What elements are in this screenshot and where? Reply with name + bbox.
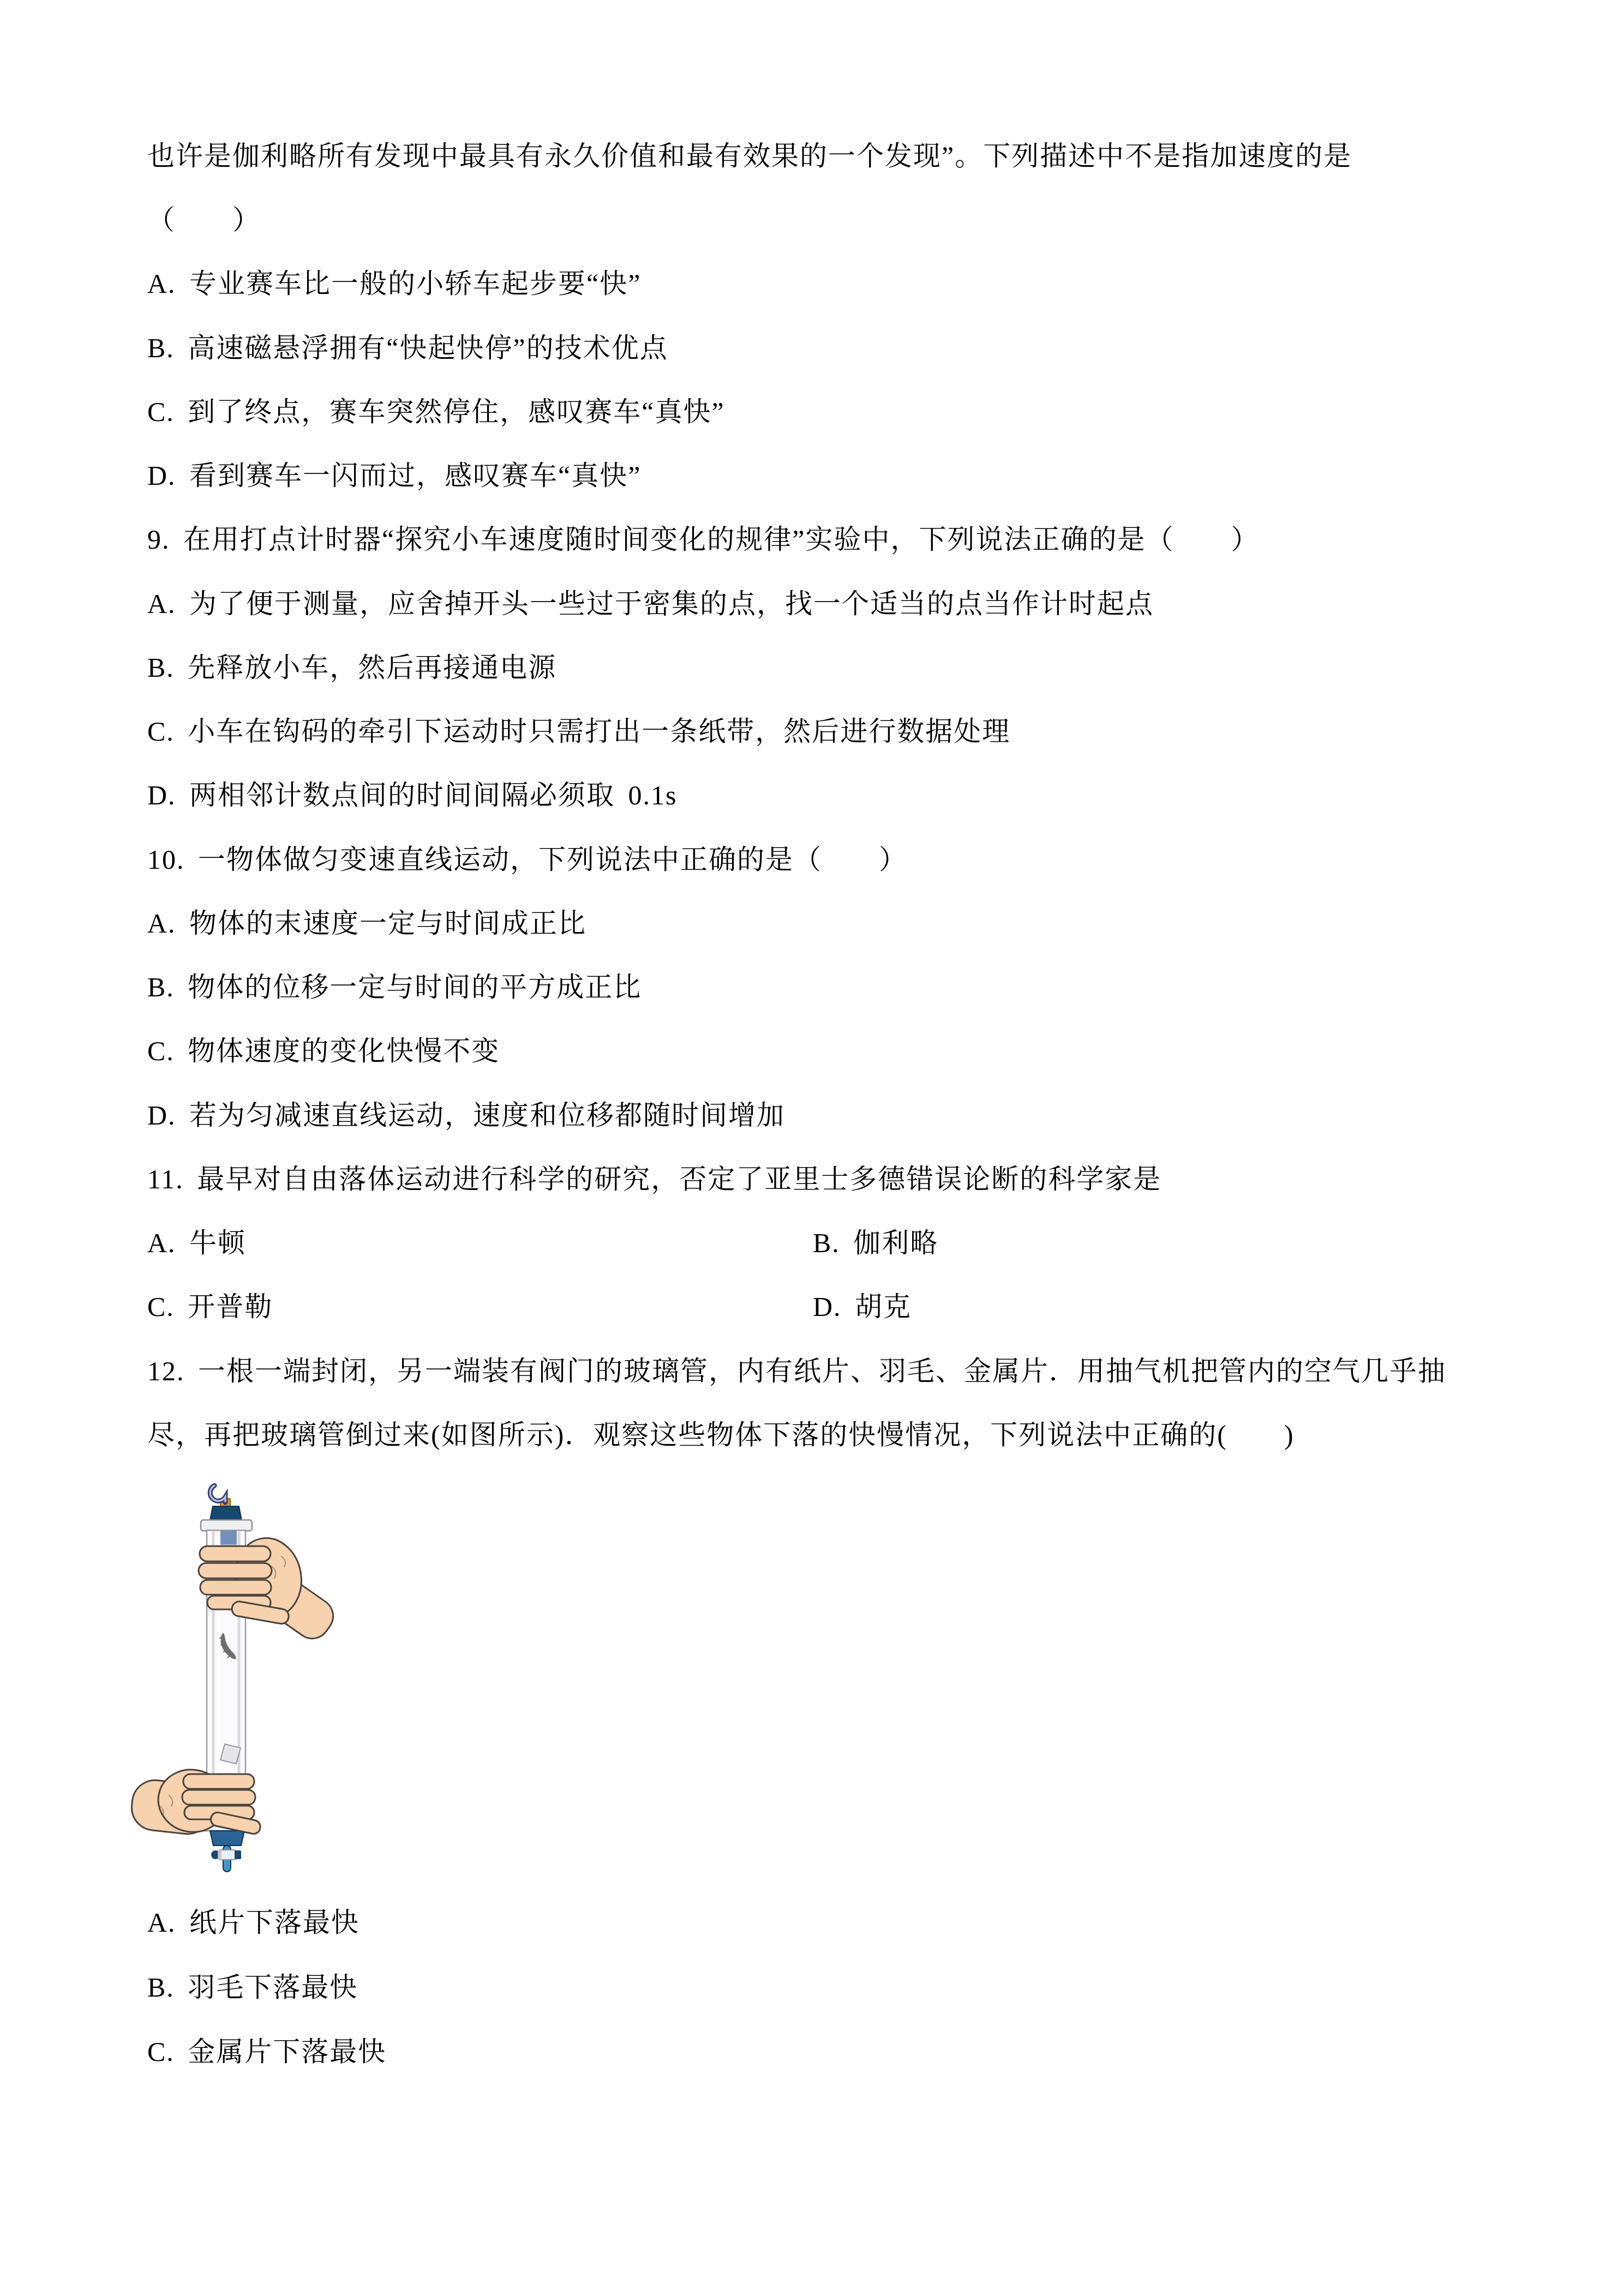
top-stopper: [210, 1506, 242, 1520]
valve: [211, 1846, 241, 1872]
q8-stem-continuation: 也许是伽利略所有发现中最具有永久价值和最有效果的一个发现”。下列描述中不是指加速…: [147, 140, 1352, 172]
q8-option-b: B. 高速磁悬浮拥有“快起快停”的技术优点: [147, 332, 668, 364]
q10-stem: 10. 一物体做匀变速直线运动，下列说法中正确的是（ ）: [147, 844, 907, 875]
q8-answer-blank: （ ）: [147, 204, 261, 236]
q12-option-c: C. 金属片下落最快: [147, 2036, 386, 2067]
top-flange: [201, 1520, 252, 1531]
q10-option-c: C. 物体速度的变化快慢不变: [147, 1035, 500, 1067]
q8-option-a: A. 专业赛车比一般的小轿车起步要“快”: [147, 268, 642, 299]
q10-option-d: D. 若为匀减速直线运动，速度和位移都随时间增加: [147, 1099, 785, 1131]
document-page: 也许是伽利略所有发现中最具有永久价值和最有效果的一个发现”。下列描述中不是指加速…: [0, 0, 1624, 2296]
hook-icon: [210, 1486, 230, 1507]
q9-option-d: D. 两相邻计数点间的时间间隔必须取 0.1s: [147, 779, 678, 811]
q9-option-a: A. 为了便于测量，应舍掉开头一些过于密集的点，找一个适当的点当作计时起点: [147, 588, 1154, 620]
q12-option-b: B. 羽毛下落最快: [147, 1972, 358, 2003]
q9-option-c: C. 小车在钩码的牵引下运动时只需打出一条纸带，然后进行数据处理: [147, 716, 1010, 747]
q11-option-a: A. 牛顿: [147, 1227, 246, 1259]
q11-option-c: C. 开普勒: [147, 1291, 273, 1323]
q12-stem-line2: 尽，再把玻璃管倒过来(如图所示)．观察这些物体下落的快慢情况，下列说法中正确的(…: [147, 1419, 1295, 1451]
q9-option-b: B. 先释放小车，然后再接通电源: [147, 652, 556, 683]
glass-tube-figure-svg: [131, 1472, 415, 1887]
paper-piece: [220, 1744, 241, 1764]
bottom-hand: [131, 1763, 261, 1838]
q12-option-a: A. 纸片下落最快: [147, 1907, 359, 1938]
q10-option-a: A. 物体的末速度一定与时间成正比: [147, 907, 586, 939]
q11-option-d: D. 胡克: [813, 1291, 912, 1323]
q8-option-c: C. 到了终点，赛车突然停住，感叹赛车“真快”: [147, 396, 725, 428]
q9-stem: 9. 在用打点计时器“探究小车速度随时间变化的规律”实验中，下列说法正确的是（ …: [147, 524, 1259, 555]
q8-option-d: D. 看到赛车一闪而过，感叹赛车“真快”: [147, 460, 642, 491]
q12-stem-line1: 12. 一根一端封闭，另一端装有阀门的玻璃管，内有纸片、羽毛、金属片．用抽气机把…: [147, 1355, 1446, 1387]
q11-option-b: B. 伽利略: [813, 1227, 938, 1259]
glass-tube-figure: [131, 1472, 415, 1887]
q11-stem: 11. 最早对自由落体运动进行科学的研究，否定了亚里士多德错误论断的科学家是: [147, 1163, 1161, 1195]
bottom-stopper: [210, 1831, 244, 1846]
q10-option-b: B. 物体的位移一定与时间的平方成正比: [147, 971, 642, 1003]
